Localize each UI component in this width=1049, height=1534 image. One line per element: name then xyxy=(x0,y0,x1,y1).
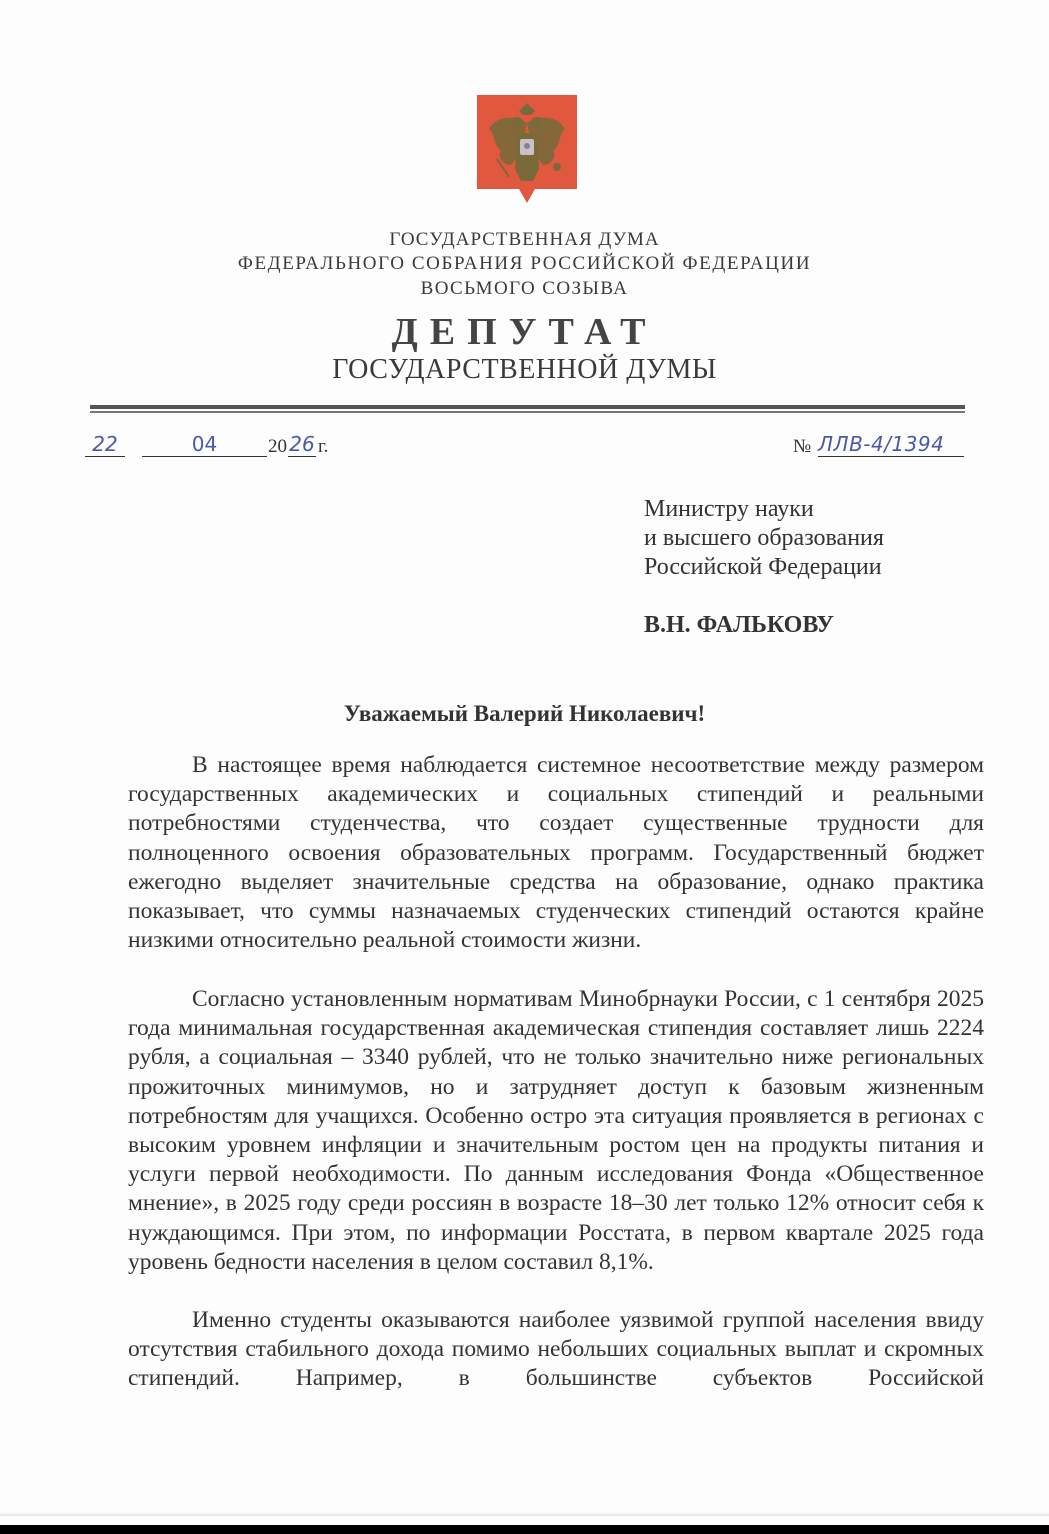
paragraph-text: Согласно установленным нормативам Минобр… xyxy=(128,985,984,1277)
addressee-name: В.Н. ФАЛЬКОВУ xyxy=(644,612,834,639)
date-year-unit: г. xyxy=(318,436,328,458)
date-year-suffix: 26 xyxy=(288,432,316,457)
date-day: 22 xyxy=(85,432,125,457)
russian-coat-of-arms-icon xyxy=(475,93,579,205)
page-edge xyxy=(0,1513,1049,1516)
letterhead-title: ДЕПУТАТ xyxy=(0,310,1049,354)
scan-border xyxy=(0,1525,1049,1534)
paragraph-text: Именно студенты оказываются наиболее уяз… xyxy=(128,1306,984,1394)
header-rule-thick xyxy=(90,405,965,409)
header-rule-thin xyxy=(90,411,965,413)
addressee-line: Министру науки xyxy=(644,495,884,524)
addressee-line: и высшего образования xyxy=(644,524,884,553)
letterhead-subtitle: ГОСУДАРСТВЕННОЙ ДУМЫ xyxy=(0,354,1049,386)
date-number-row: 22 04 20 26 г. № ЛЛВ-4/1394 xyxy=(85,432,965,462)
date-year-prefix: 20 xyxy=(268,436,287,458)
body-paragraph-3: Именно студенты оказываются наиболее уяз… xyxy=(128,1306,984,1394)
letterhead-line-3: ВОСЬМОГО СОЗЫВА xyxy=(0,278,1049,300)
body-paragraph-1: В настоящее время наблюдается системное … xyxy=(128,751,984,955)
date-month: 04 xyxy=(142,432,267,457)
letterhead-line-2: ФЕДЕРАЛЬНОГО СОБРАНИЯ РОССИЙСКОЙ ФЕДЕРАЦ… xyxy=(0,253,1049,275)
paragraph-text: В настоящее время наблюдается системное … xyxy=(128,751,984,955)
body-paragraph-2: Согласно установленным нормативам Минобр… xyxy=(128,985,984,1277)
addressee-block: Министру науки и высшего образования Рос… xyxy=(644,495,884,582)
letter-page: ГОСУДАРСТВЕННАЯ ДУМА ФЕДЕРАЛЬНОГО СОБРАН… xyxy=(0,0,1049,1525)
document-number-label: № xyxy=(793,436,811,458)
salutation: Уважаемый Валерий Николаевич! xyxy=(0,701,1049,727)
letterhead-line-1: ГОСУДАРСТВЕННАЯ ДУМА xyxy=(0,229,1049,251)
document-number-value: ЛЛВ-4/1394 xyxy=(818,432,964,457)
addressee-line: Российской Федерации xyxy=(644,553,884,582)
